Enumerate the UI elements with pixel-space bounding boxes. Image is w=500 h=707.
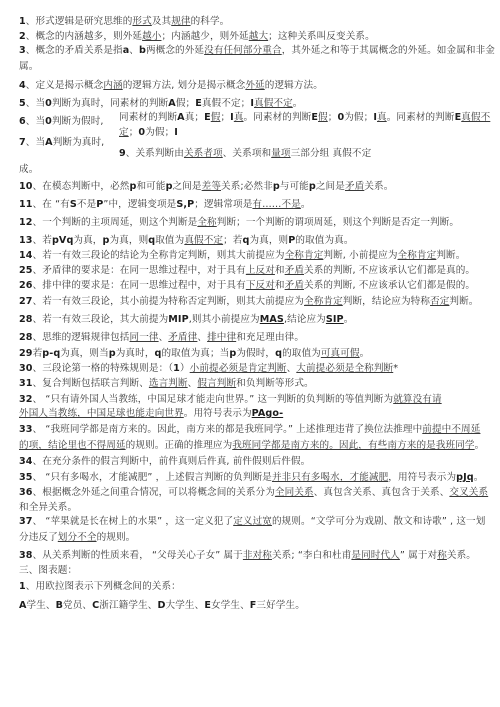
numeral: pVq — [52, 235, 73, 246]
text-segment: 、当 — [26, 116, 45, 127]
text-segment: 党员、 — [63, 600, 92, 611]
line-14: 14、若一有效三段论的结论为全称肯定判断，则其大前提应为全称肯定判断, 小前提应… — [19, 250, 465, 262]
text-segment: 之间是 — [316, 181, 345, 192]
text-segment: 为真， — [73, 235, 102, 246]
line-3: 3、概念的矛盾关系是指a、b两概念的外延没有任何部分重合，其外延之和等于其属概念… — [19, 45, 495, 57]
underlined-answer: pJq — [456, 472, 474, 483]
text-segment: 的规则。“文学可分为戏剧、散文和诗歌” , 这一划 — [272, 516, 485, 527]
underlined-answer: 外国人当教练，中国足球也能走向世界 — [19, 408, 184, 419]
text-segment: 不是 — [77, 199, 96, 210]
text-segment: 。 — [344, 314, 354, 325]
numeral: 1 — [19, 581, 26, 592]
text-segment: 、用欧拉图表示下列概念间的关系： — [26, 581, 181, 592]
text-segment: 。 — [360, 348, 370, 359]
numeral: 36 — [19, 487, 33, 498]
text-segment: 、排中律的要求是：在同一思维过程中，对于具有 — [33, 280, 246, 291]
line-1: 1、形式逻辑是研究思维的形式及其规律的科学。 — [19, 16, 229, 28]
numeral: D — [157, 600, 165, 611]
numeral: 31 — [19, 378, 33, 389]
underlined-answer: SIP — [326, 314, 344, 325]
text-segment: 、若一有效三段论的结论为全称肯定判断，则其大前提应为 — [33, 250, 285, 261]
line-33-cont: 的项，结论里也不得周延的规则。正确的推理应为我班同学都是南方来的。因此，有些南方… — [19, 440, 484, 452]
text-segment: ） — [180, 363, 190, 374]
underlined-answer: 全称肯定 — [285, 250, 324, 261]
line-2: 2、概念的内涵越多，则外延越小；内涵越少，则外延越大；这种关系叫反变关系。 — [19, 31, 375, 43]
numeral: p — [273, 181, 280, 192]
line-26: 26、排中律的要求是：在同一思维过程中，对于具有下反对和矛盾关系的判断, 不应该… — [19, 280, 475, 292]
underlined-answer: 真假不定 — [254, 98, 293, 109]
line-32-cont: 外国人当教练，中国足球也能走向世界。用符号表示为PAgo- — [19, 408, 283, 420]
text-segment: 、 “只有多喝水，才能减肥” ，上述假言判断的负判断是 — [33, 472, 272, 483]
text-segment: 判断，结论应为特称 — [343, 296, 430, 307]
text-segment: 、 — [159, 332, 169, 343]
underlined-answer: 矛盾 — [285, 265, 304, 276]
numeral: S — [70, 199, 77, 210]
text-segment: 、三段论第一格的特殊规则是：（ — [33, 363, 174, 374]
text-segment: 、 — [287, 363, 297, 374]
underlined-answer: 大前提必须是全称判断 — [296, 363, 393, 374]
text-segment: 判断为假时, — [52, 116, 104, 127]
line-7-right: 定；0为假；I — [119, 127, 178, 139]
text-segment: 。同素材的判断 — [387, 112, 455, 123]
text-segment: 为假； — [145, 127, 174, 138]
text-segment: 、 — [129, 45, 139, 56]
numeral: b — [139, 45, 146, 56]
text-segment: ； — [328, 112, 338, 123]
numeral: S,P — [176, 199, 194, 210]
text-segment: 、定义是揭示概念 — [26, 80, 104, 91]
underlined-answer: 交叉关系 — [449, 487, 488, 498]
text-segment: 判断；一个判断的谓项周延，则这个判断是否定一判断。 — [217, 217, 459, 228]
underlined-answer: 量项 — [271, 148, 290, 159]
text-segment: 的取值为 — [282, 348, 321, 359]
numeral: 2 — [19, 31, 26, 42]
numeral: E — [204, 112, 211, 123]
numeral: A — [19, 600, 27, 611]
underlined-answer: 否定 — [430, 296, 449, 307]
text-segment: 。 — [474, 472, 484, 483]
underlined-answer: 差等 — [202, 181, 221, 192]
line-25: 25、矛盾律的要求是：在同一思维过程中，对于具有上反对和矛盾关系的判断, 不应该… — [19, 265, 475, 277]
numeral: B — [56, 600, 63, 611]
text-segment: 与可能 — [280, 181, 309, 192]
underlined-answer: 全称 — [197, 217, 216, 228]
underlined-answer: 规律 — [171, 16, 190, 27]
line-37: 37、 “苹果就是长在树上的水果” ，这一定义犯了定义过宽的规则。“文学可分为戏… — [19, 516, 485, 528]
underlined-answer: 形式 — [132, 16, 151, 27]
text-segment: 、 “苹果就是长在树上的水果” ，这一定义犯了 — [33, 516, 234, 527]
text-segment: 关系的判断, 不应该承认它们都是假的。 — [304, 280, 475, 291]
line-33: 33、 “我班同学都是南方来的。因此，南方来的都是我班同学。” 上述推理违背了换… — [19, 424, 480, 436]
text-segment: ，其外延之和等于其属概念的外延。如金属和非金 — [282, 45, 495, 56]
text-segment: 、若一有效三段论，其小前提为特称否定判断，则其大前提应为 — [33, 296, 304, 307]
text-segment: 、若一有效三段论，其大前提为 — [33, 314, 169, 325]
question-1-options: A学生、B党员、C浙江籍学生、D大学生、E女学生、F三好学生。 — [19, 600, 305, 612]
text-segment: 、思维的逻辑规律包括 — [33, 332, 130, 343]
question-1: 1、用欧拉图表示下列概念间的关系： — [19, 581, 181, 593]
text-segment: 、矛盾律的要求是：在同一思维过程中，对于具有 — [33, 265, 246, 276]
numeral: A — [177, 112, 185, 123]
text-segment: 、当 — [26, 137, 45, 148]
text-segment: * — [393, 363, 398, 374]
text-segment: 的科学。 — [191, 16, 230, 27]
numeral: E — [195, 98, 202, 109]
text-segment: 和可能 — [136, 181, 165, 192]
line-6-right: 同素材的判断A真；E假；I真。同素材的判断E假；0为假；I真。同素材的判断E真假… — [119, 112, 490, 124]
line-29: 29若p-q为真，则当p为真时，q的取值为真；当p为假时，q的取值为可真可假。 — [19, 348, 369, 360]
text-segment: 为真时， — [116, 348, 155, 359]
underlined-answer: 排中律 — [207, 332, 236, 343]
underlined-answer: 全称肯定 — [398, 250, 437, 261]
numeral: 6 — [19, 116, 26, 127]
text-segment: 和负判断等形式。 — [236, 378, 314, 389]
line-11: 11、在 “有S不是P”中，逻辑变项是S,P；逻辑常项是有……不是。 — [19, 199, 311, 211]
numeral: 1 — [173, 363, 180, 374]
line-12: 12、一个判断的主项周延，则这个判断是全称判断；一个判断的谓项周延，则这个判断是… — [19, 217, 459, 229]
text-segment: 判断为真时, — [53, 137, 105, 148]
text-segment: 成。 — [19, 164, 38, 175]
underlined-answer: 的项，结论里也不得周延 — [19, 440, 126, 451]
text-segment: 和充足理由律。 — [236, 332, 304, 343]
line-9: 9、关系判断由关系者项、关系项和量项三部分组 真假不定 — [119, 148, 371, 160]
text-segment: 学生、 — [27, 600, 56, 611]
numeral: 3 — [19, 45, 26, 56]
line-31: 31、复合判断包括联言判断、选言判断、假言判断和负判断等形式。 — [19, 378, 314, 390]
text-segment: 的规则。 — [97, 532, 136, 543]
text-segment: ”中，逻辑变项是 — [103, 199, 176, 210]
numeral: 0 — [45, 116, 52, 127]
text-segment: ；这种关系叫反变关系。 — [268, 31, 375, 42]
line-36: 36、根据概念外延之间重合情况，可以将概念间的关系分为全同关系、真包含关系、真包… — [19, 487, 488, 499]
text-segment: 三、图表题： — [19, 565, 77, 576]
text-segment: 假； — [176, 98, 195, 109]
underlined-answer: 真假不定 — [184, 235, 223, 246]
numeral: 1 — [19, 16, 26, 27]
underlined-answer: 小前提必须是肯定判断 — [190, 363, 287, 374]
text-segment: 、 “只有请外国人当教练，中国足球才能走向世界。” 这一判断的负判断的等值判断为 — [33, 394, 394, 405]
text-segment: 、 — [188, 378, 198, 389]
underlined-answer: 定 — [119, 127, 129, 138]
numeral: 0 — [45, 98, 52, 109]
underlined-answer: 矛盾 — [345, 181, 364, 192]
underlined-answer: 越大 — [249, 31, 268, 42]
numeral: 35 — [19, 472, 33, 483]
numeral: 10 — [19, 181, 33, 192]
underlined-answer: 假 — [211, 112, 221, 123]
line-6: 6、当0判断为假时, — [19, 116, 104, 128]
line-37-cont: 分违反了划分不全的规则。 — [19, 532, 135, 544]
underlined-answer: 没有任何部分重合 — [204, 45, 282, 56]
text-segment: 三好学生。 — [256, 600, 304, 611]
text-segment: 、当 — [26, 98, 45, 109]
numeral: A — [168, 98, 176, 109]
line-32: 32、 “只有请外国人当教练，中国足球才能走向世界。” 这一判断的负判断的等值判… — [19, 394, 442, 406]
text-segment: 为真，则当 — [60, 348, 108, 359]
underlined-answer: 定义过宽 — [233, 516, 272, 527]
underlined-answer: 矛盾律 — [168, 332, 197, 343]
underlined-answer: 关系者项 — [184, 148, 223, 159]
underlined-answer: 假言判断 — [197, 378, 236, 389]
numeral: 33 — [19, 424, 33, 435]
text-segment: 为真，则 — [249, 235, 288, 246]
text-segment: 、在 “有 — [33, 199, 70, 210]
numeral: 28 — [19, 314, 33, 325]
underlined-answer: 真 — [234, 112, 244, 123]
numeral: 34 — [19, 456, 33, 467]
text-segment: 、真包含关系、真包含于关系、 — [314, 487, 450, 498]
numeral: 11 — [19, 199, 33, 210]
numeral: 37 — [19, 516, 33, 527]
line-5: 5、当0判断为真时，同素材的判断A假；E真假不定；I真假不定。 — [19, 98, 302, 110]
text-segment: 女学生、 — [211, 600, 250, 611]
numeral: 9 — [119, 148, 126, 159]
line-10: 10、在模态判断中，必然p和可能p之间是差等关系;必然非p与可能p之间是矛盾关系… — [19, 181, 393, 193]
text-segment: 关系。 — [364, 181, 393, 192]
numeral: 38 — [19, 550, 33, 561]
line-30: 30、三段论第一格的特殊规则是：（1）小前提必须是肯定判断、大前提必须是全称判断… — [19, 363, 398, 375]
underlined-answer: MAS — [260, 314, 284, 325]
text-segment: 为假时， — [236, 348, 275, 359]
text-segment: 两概念的外延 — [146, 45, 204, 56]
text-segment: 取值为 — [155, 235, 184, 246]
text-segment: 及其 — [152, 16, 171, 27]
text-segment: ” 属于对 — [400, 550, 437, 561]
text-segment: 关系的判断, 不应该承认它们都是真的。 — [304, 265, 475, 276]
text-segment: 真； — [185, 112, 204, 123]
text-segment: 若 — [33, 348, 43, 359]
text-segment: 分违反了 — [19, 532, 58, 543]
text-segment: 、 — [197, 332, 207, 343]
text-segment: 、根据概念外延之间重合情况，可以将概念间的关系分为 — [33, 487, 275, 498]
text-segment: 之间是 — [173, 181, 202, 192]
text-segment: ,结论应为 — [284, 314, 326, 325]
text-segment: 判断为真时，同素材的判断 — [52, 98, 168, 109]
numeral: p-q — [42, 348, 60, 359]
underlined-answer: 就算没有请 — [393, 394, 441, 405]
line-34: 34、在充分条件的假言判断中，前件真则后件真, 前件假则后件假。 — [19, 456, 310, 468]
line-28: 28、若一有效三段论，其大前提为MIP,则其小前提应为MAS,结论应为SIP。 — [19, 314, 353, 326]
text-segment: 。 — [301, 199, 311, 210]
line-35: 35、 “只有多喝水，才能减肥” ，上述假言判断的负判断是并非只有多喝水，才能减… — [19, 472, 483, 484]
numeral: 30 — [19, 363, 33, 374]
numeral: A — [45, 137, 53, 148]
text-segment: 关系; “李白和杜甫 — [272, 550, 351, 561]
numeral: 14 — [19, 250, 33, 261]
text-segment: 、概念的矛盾关系是指 — [26, 45, 123, 56]
line-7: 7、当A判断为真时, — [19, 137, 104, 149]
text-segment: 的取值为真。 — [295, 235, 353, 246]
line-27: 27、若一有效三段论，其小前提为特称否定判断，则其大前提应为全称肯定判断，结论应… — [19, 296, 479, 308]
underlined-answer: 真假不 — [461, 112, 490, 123]
text-segment: 、若 — [33, 235, 52, 246]
numeral: 4 — [19, 80, 26, 91]
text-segment: 。同素材的判断 — [244, 112, 312, 123]
underlined-answer: 是同时代人 — [351, 550, 399, 561]
line-13: 13、若pVq为真，p为真，则q取值为真假不定；若q为真，则P的取值为真。 — [19, 235, 354, 247]
text-segment: 、从关系判断的性质来看， “父母关心子女” 属于 — [33, 550, 243, 561]
line-4: 4、定义是揭示概念内涵的逻辑方法, 划分是揭示概念外延的逻辑方法。 — [19, 80, 323, 92]
underlined-answer: 内涵 — [103, 80, 122, 91]
text-segment: 、形式逻辑是研究思维的 — [26, 16, 133, 27]
text-segment: 、关系项和 — [223, 148, 271, 159]
line-36-cont: 和全异关系。 — [19, 502, 77, 514]
text-segment: 。 — [293, 98, 303, 109]
text-segment: 的逻辑方法, 划分是揭示概念 — [123, 80, 246, 91]
underlined-answer: 选言判断 — [149, 378, 188, 389]
numeral: MIP — [168, 314, 188, 325]
line-9-cont: 成。 — [19, 164, 38, 176]
numeral: 12 — [19, 217, 33, 228]
numeral: 25 — [19, 265, 33, 276]
underlined-answer: 全称肯定 — [304, 296, 343, 307]
underlined-answer: 同一律 — [130, 332, 159, 343]
numeral: p — [309, 181, 316, 192]
numeral: p — [109, 348, 116, 359]
text-segment: ； — [220, 112, 230, 123]
text-segment: 为真，则 — [109, 235, 148, 246]
text-segment: 和全异关系。 — [19, 502, 77, 513]
text-segment: 和 — [275, 280, 285, 291]
text-segment: 真假不定； — [202, 98, 250, 109]
numeral: 26 — [19, 280, 33, 291]
section-heading-3: 三、图表题： — [19, 565, 77, 577]
text-segment: 为假； — [344, 112, 373, 123]
text-segment: 的规则。正确的推理应为 — [126, 440, 233, 451]
numeral: 27 — [19, 296, 33, 307]
underlined-answer: 前提中不周延 — [422, 424, 480, 435]
line-3-cont: 属。 — [19, 61, 38, 73]
underlined-answer: 外延 — [245, 80, 264, 91]
text-segment: 、关系判断由 — [126, 148, 184, 159]
text-segment: 、在充分条件的假言判断中，前件真则后件真, 前件假则后件假。 — [33, 456, 311, 467]
line-28b: 28、思维的逻辑规律包括同一律、矛盾律、排中律和充足理由律。 — [19, 332, 304, 344]
text-segment: 关系;必然非 — [221, 181, 273, 192]
numeral: 5 — [19, 98, 26, 109]
text-segment: 、 “我班同学都是南方来的。因此，南方来的都是我班同学。” 上述推理违背了换位法… — [33, 424, 423, 435]
text-segment: 、概念的内涵越多，则外延 — [26, 31, 142, 42]
underlined-answer: 非对称 — [243, 550, 272, 561]
text-segment: 关系。 — [447, 550, 476, 561]
text-segment: ,则其小前提应为 — [189, 314, 260, 325]
line-38: 38、从关系判断的性质来看， “父母关心子女” 属于非对称关系; “李白和杜甫是… — [19, 550, 476, 562]
underlined-answer: 我班同学都是南方来的。因此，有些南方来的是我班同学 — [232, 440, 474, 451]
text-segment: 、复合判断包括联言判断、 — [33, 378, 149, 389]
underlined-answer: 并非只有多喝水，才能减肥 — [272, 472, 388, 483]
text-segment: 判断。 — [436, 250, 465, 261]
text-segment: 。用符号表示为 — [184, 408, 252, 419]
text-segment: 的逻辑方法。 — [265, 80, 323, 91]
text-segment: ，用符号表示为 — [388, 472, 456, 483]
underlined-answer: 越小 — [142, 31, 161, 42]
text-segment: 属。 — [19, 61, 38, 72]
underlined-answer: 称 — [437, 550, 447, 561]
text-segment: ； — [129, 127, 139, 138]
text-segment: 大学生、 — [166, 600, 205, 611]
text-segment: ；逻辑常项是 — [194, 199, 252, 210]
text-segment: 。 — [475, 440, 485, 451]
text-segment: ；内涵越少，则外延 — [162, 31, 249, 42]
underlined-answer: 真 — [377, 112, 387, 123]
text-segment: 浙江籍学生、 — [99, 600, 157, 611]
underlined-answer: 矛盾 — [285, 280, 304, 291]
text-segment: 和 — [275, 265, 285, 276]
numeral: 28 — [19, 332, 33, 343]
underlined-answer: 可真可假 — [321, 348, 360, 359]
underlined-answer: 划分不全 — [58, 532, 97, 543]
text-segment: 同素材的判断 — [119, 112, 177, 123]
underlined-answer: 全同关系 — [275, 487, 314, 498]
numeral: 32 — [19, 394, 33, 405]
numeral: 29 — [19, 348, 33, 359]
underlined-answer: 下反对 — [246, 280, 275, 291]
text-segment: ；若 — [223, 235, 242, 246]
underlined-answer: 上反对 — [246, 265, 275, 276]
text-segment: 、一个判断的主项周延，则这个判断是 — [33, 217, 198, 228]
underlined-answer: 假 — [318, 112, 328, 123]
numeral: 13 — [19, 235, 33, 246]
numeral: 7 — [19, 137, 26, 148]
numeral: I — [174, 127, 178, 138]
numeral: p — [166, 181, 173, 192]
underlined-answer: 有……不是 — [252, 199, 300, 210]
text-segment: 判断, 小前提应为 — [323, 250, 397, 261]
text-segment: 三部分组 真假不定 — [291, 148, 372, 159]
numeral: E — [204, 600, 211, 611]
text-segment: 判断。 — [449, 296, 478, 307]
underlined-answer: PAgo- — [252, 408, 284, 419]
text-segment: 的取值为真；当 — [161, 348, 229, 359]
text-segment: 、在模态判断中，必然 — [33, 181, 130, 192]
